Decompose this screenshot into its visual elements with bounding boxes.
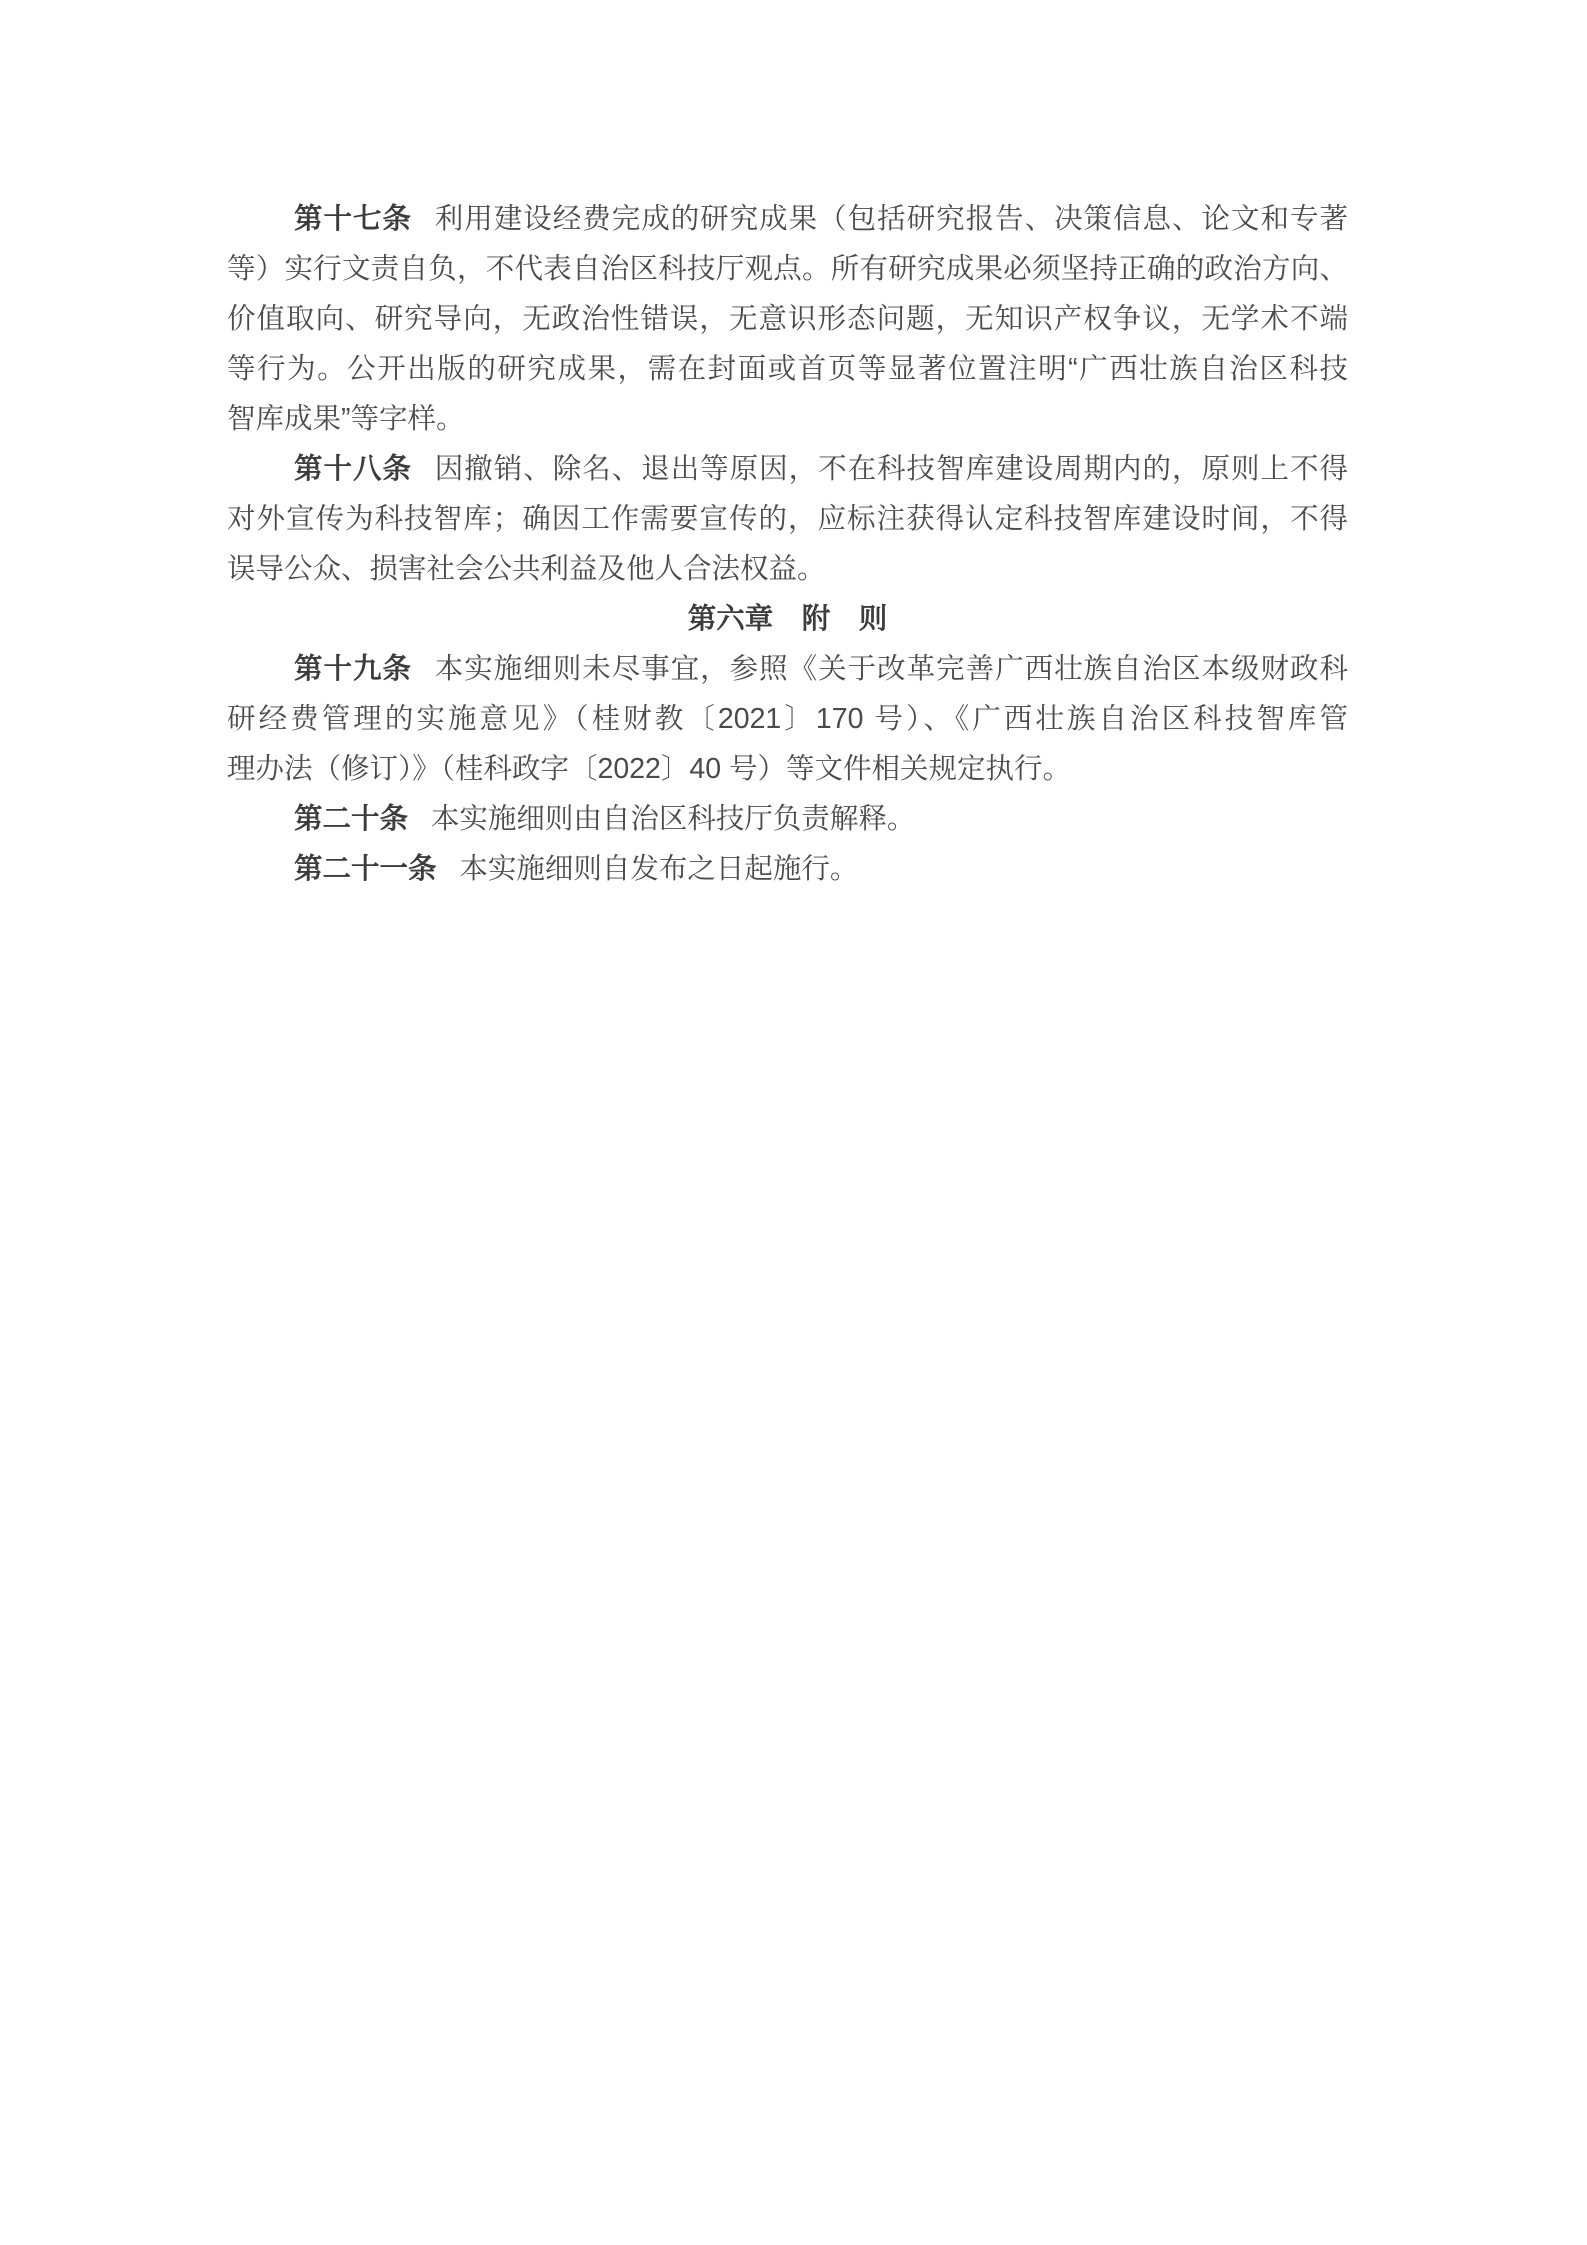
line-text: 研经费管理的实施意见》（桂财教〔2021〕170 号）、《广西壮族自治区科技智库… <box>227 703 1348 735</box>
document-line: 第二十一条本实施细则自发布之日起施行。 <box>227 844 1348 894</box>
line-text: 本实施细则未尽事宜，参照《关于改革完善广西壮族自治区本级财政科 <box>435 653 1348 685</box>
line-text: 第六章 附 则 <box>688 603 888 635</box>
document-line: 误导公众、损害社会公共利益及他人合法权益。 <box>227 544 1348 594</box>
article-number: 第十七条 <box>294 203 412 235</box>
line-text: 理办法（修订）》（桂科政字〔2022〕40 号）等文件相关规定执行。 <box>227 753 1071 785</box>
document-line: 第十七条利用建设经费完成的研究成果（包括研究报告、决策信息、论文和专著 <box>227 194 1348 244</box>
document-page: 第十七条利用建设经费完成的研究成果（包括研究报告、决策信息、论文和专著等）实行文… <box>0 0 1587 2245</box>
article-number: 第十八条 <box>294 453 412 485</box>
line-text: 等）实行文责自负，不代表自治区科技厅观点。所有研究成果必须坚持正确的政治方向、 <box>227 253 1348 285</box>
article-number: 第二十一条 <box>294 853 437 885</box>
line-text: 价值取向、研究导向，无政治性错误，无意识形态问题，无知识产权争议，无学术不端 <box>227 303 1348 335</box>
line-text: 误导公众、损害社会公共利益及他人合法权益。 <box>227 553 826 585</box>
line-text: 对外宣传为科技智库；确因工作需要宣传的，应标注获得认定科技智库建设时间，不得 <box>227 503 1348 535</box>
line-text: 利用建设经费完成的研究成果（包括研究报告、决策信息、论文和专著 <box>435 203 1348 235</box>
line-text: 本实施细则由自治区科技厅负责解释。 <box>431 803 916 835</box>
article-number: 第二十条 <box>294 803 408 835</box>
document-text-block: 第十七条利用建设经费完成的研究成果（包括研究报告、决策信息、论文和专著等）实行文… <box>227 194 1348 894</box>
document-line: 价值取向、研究导向，无政治性错误，无意识形态问题，无知识产权争议，无学术不端 <box>227 294 1348 344</box>
document-line: 等行为。公开出版的研究成果，需在封面或首页等显著位置注明“广西壮族自治区科技 <box>227 344 1348 394</box>
line-text: 智库成果”等字样。 <box>227 403 465 435</box>
document-line: 智库成果”等字样。 <box>227 394 1348 444</box>
line-text: 等行为。公开出版的研究成果，需在封面或首页等显著位置注明“广西壮族自治区科技 <box>227 353 1348 385</box>
document-line: 对外宣传为科技智库；确因工作需要宣传的，应标注获得认定科技智库建设时间，不得 <box>227 494 1348 544</box>
document-line: 等）实行文责自负，不代表自治区科技厅观点。所有研究成果必须坚持正确的政治方向、 <box>227 244 1348 294</box>
document-line: 第十九条本实施细则未尽事宜，参照《关于改革完善广西壮族自治区本级财政科 <box>227 644 1348 694</box>
document-line: 理办法（修订）》（桂科政字〔2022〕40 号）等文件相关规定执行。 <box>227 744 1348 794</box>
document-line: 研经费管理的实施意见》（桂财教〔2021〕170 号）、《广西壮族自治区科技智库… <box>227 694 1348 744</box>
document-line: 第十八条因撤销、除名、退出等原因，不在科技智库建设周期内的，原则上不得 <box>227 444 1348 494</box>
line-text: 本实施细则自发布之日起施行。 <box>459 853 858 885</box>
chapter-heading: 第六章 附 则 <box>227 594 1348 644</box>
document-line: 第二十条本实施细则由自治区科技厅负责解释。 <box>227 794 1348 844</box>
article-number: 第十九条 <box>294 653 412 685</box>
line-text: 因撤销、除名、退出等原因，不在科技智库建设周期内的，原则上不得 <box>435 453 1348 485</box>
